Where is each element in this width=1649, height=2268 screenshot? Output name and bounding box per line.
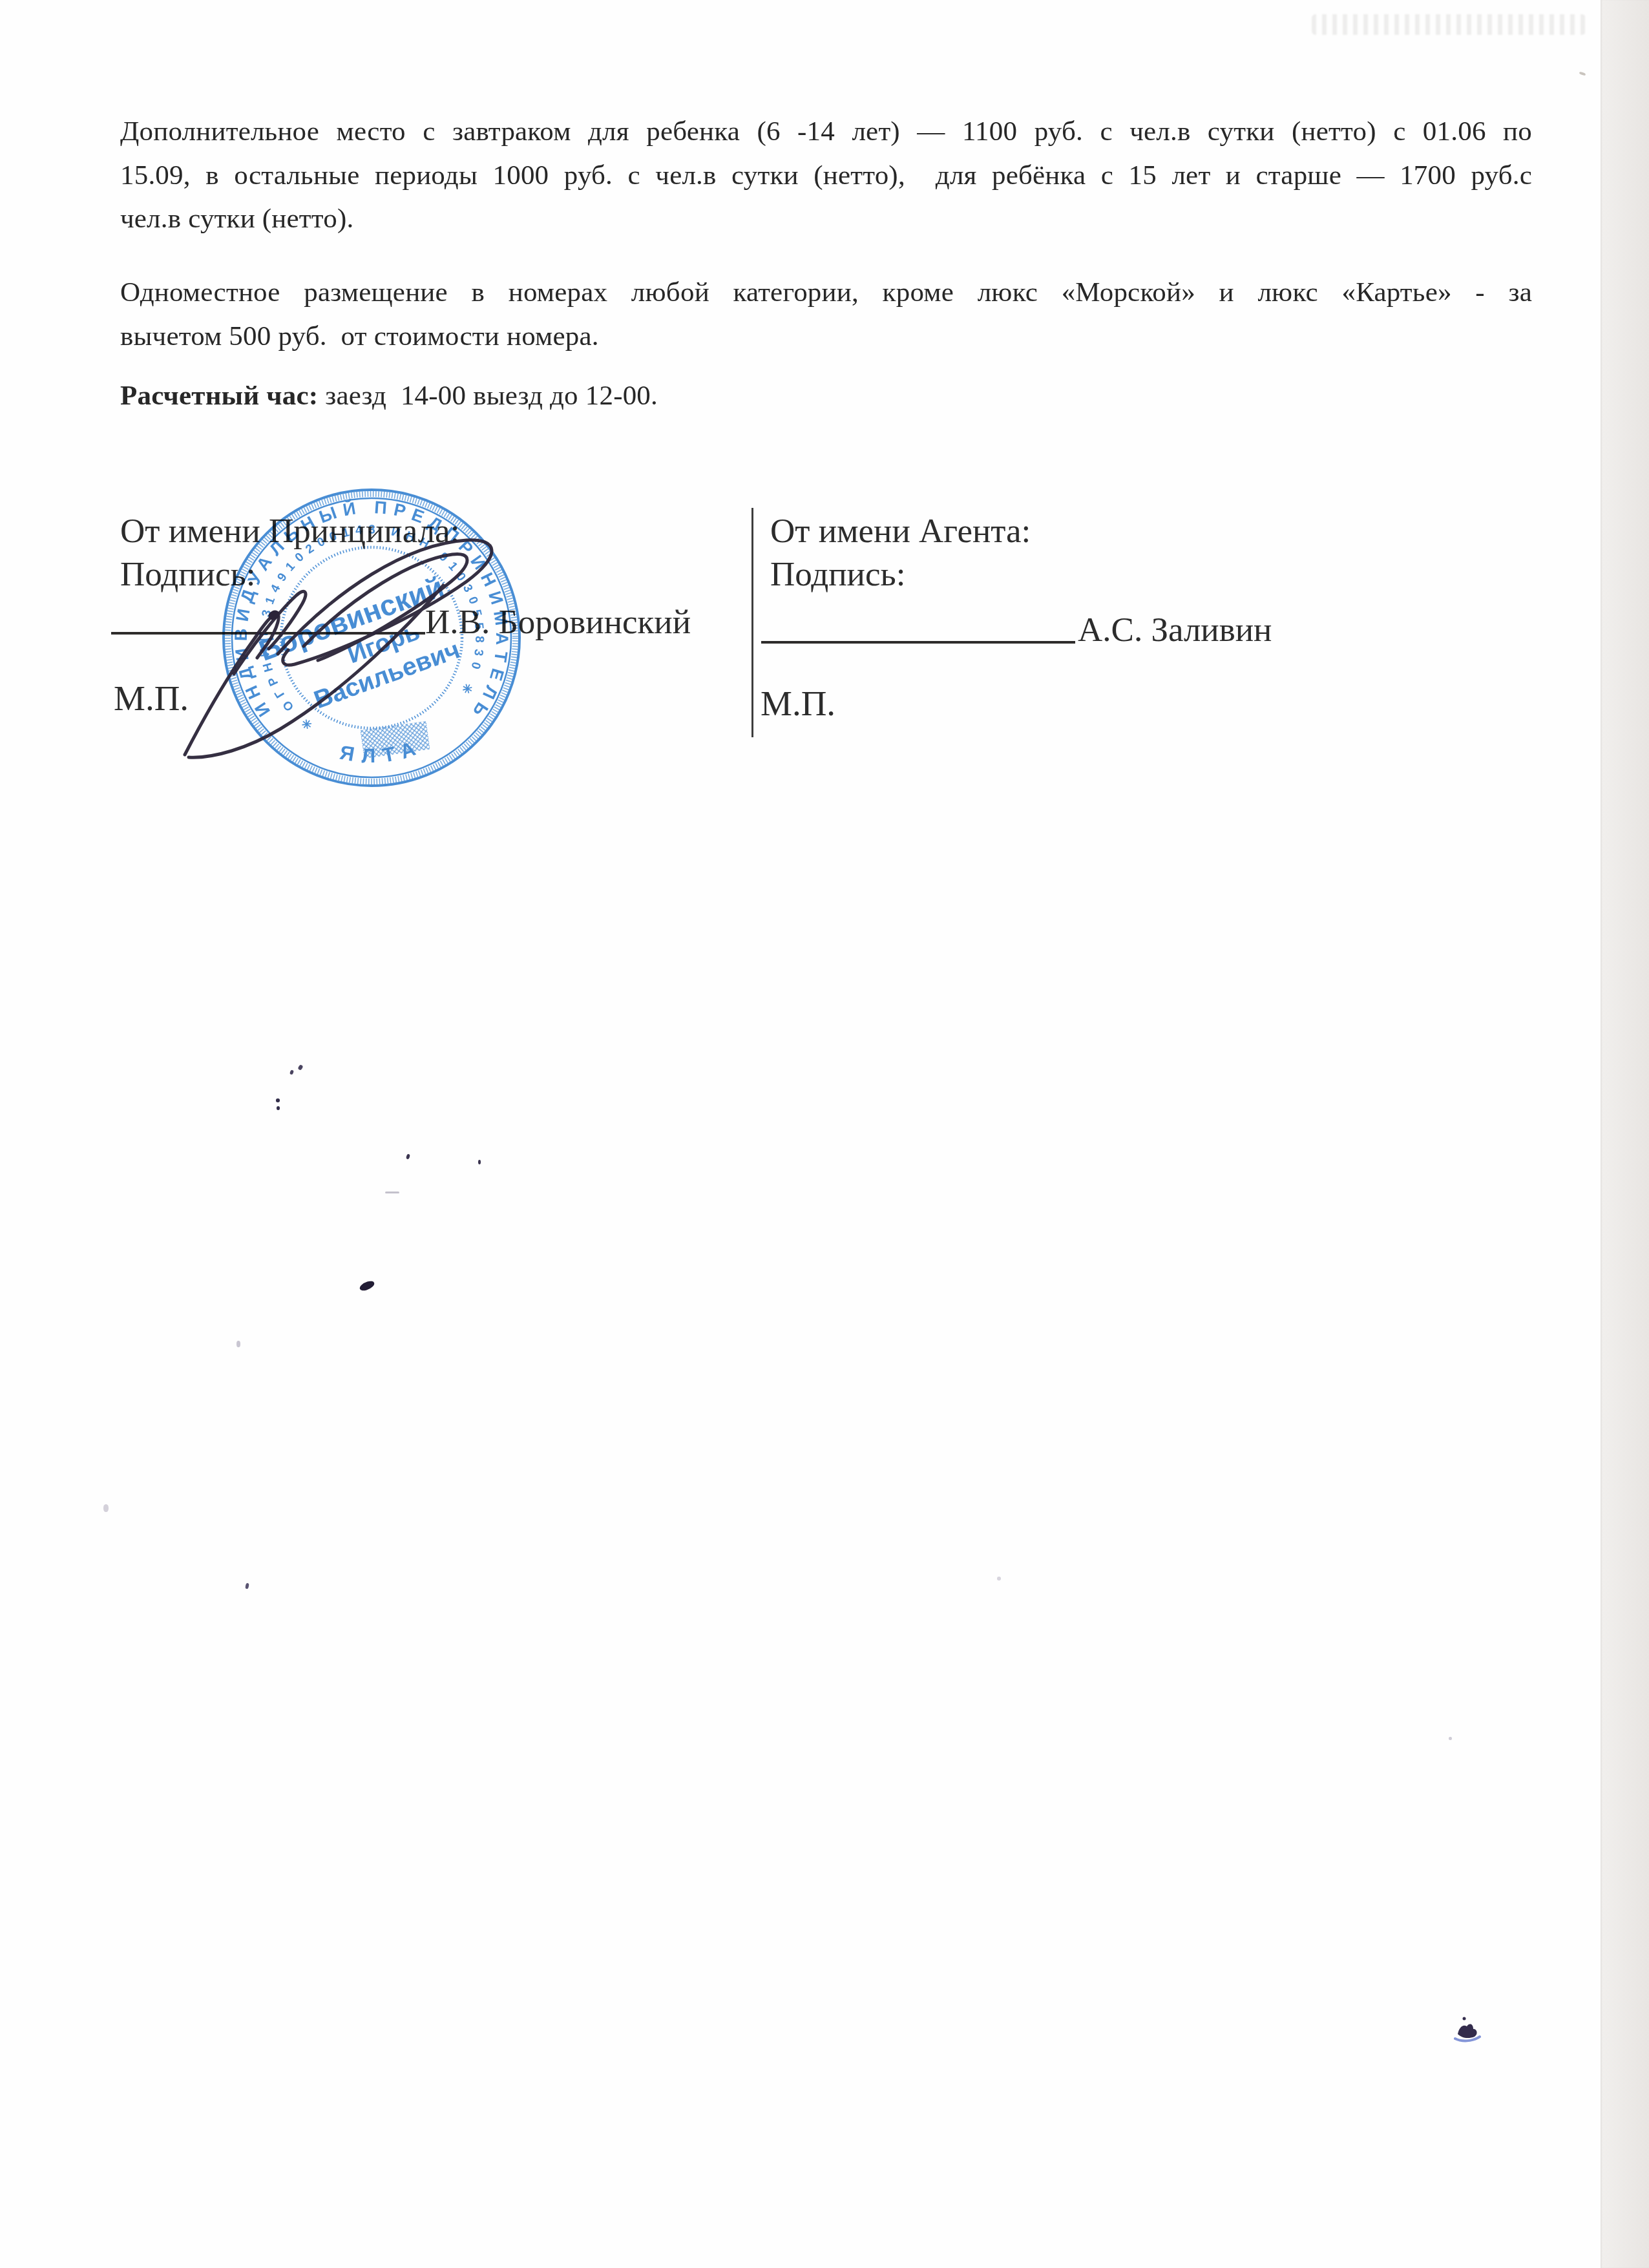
- scan-speck: [406, 1153, 410, 1159]
- paragraph-line: Дополнительное место с завтраком для реб…: [120, 110, 1532, 154]
- checkout-time-line: Расчетный час: заезд 14-00 выезд до 12-0…: [120, 374, 1532, 418]
- checkout-value: заезд 14-00 выезд до 12-00.: [318, 381, 658, 411]
- scanner-top-smudge: [1312, 14, 1586, 35]
- paragraph-single-occupancy: Одноместное размещение в номерах любой к…: [120, 271, 1532, 358]
- agent-block-heading: От имени Агента:Подпись:: [770, 510, 1031, 596]
- paragraph-line: вычетом 500 руб. от стоимости номера.: [120, 315, 1532, 359]
- scan-speck: [359, 1280, 376, 1292]
- signature-column-divider: [751, 508, 753, 737]
- scan-speck: [103, 1504, 109, 1512]
- round-stamp: ИНДИВИДУАЛЬНЫЙ ПРЕДПРИНИМАТЕЛЬ ЯЛТА ✳ ОГ…: [221, 485, 525, 793]
- scan-speck: [236, 1341, 240, 1347]
- paragraph-line: Одноместное размещение в номерах любой к…: [120, 271, 1532, 315]
- scan-speck: [478, 1160, 481, 1164]
- agent-heading: От имени Агента:: [770, 512, 1031, 550]
- scan-speck: [297, 1064, 303, 1071]
- agent-signature-label: Подпись:: [770, 556, 905, 593]
- paragraph-line: чел.в сутки (нетто).: [120, 197, 1532, 241]
- scan-speck: [276, 1098, 280, 1102]
- agent-seal-mark: М.П.: [761, 683, 835, 724]
- scan-speck: [1449, 1737, 1452, 1740]
- scan-speck: [289, 1069, 294, 1075]
- scanned-document-page: Дополнительное место с завтраком для реб…: [0, 0, 1649, 2268]
- checkout-label: Расчетный час:: [120, 381, 318, 411]
- scan-speck: [1579, 71, 1586, 76]
- scan-speck: [997, 1577, 1001, 1580]
- scanner-edge-shadow: [1601, 0, 1649, 2268]
- principal-seal-mark: М.П.: [114, 678, 189, 719]
- agent-signature-line: [761, 641, 1075, 644]
- ink-blot: [1455, 2017, 1480, 2041]
- scan-speck: [385, 1192, 399, 1193]
- paragraph-line: 15.09, в остальные периоды 1000 руб. с ч…: [120, 154, 1532, 198]
- paragraph-additional-bed: Дополнительное место с завтраком для реб…: [120, 110, 1532, 241]
- agent-name: А.С. Заливин: [1078, 611, 1272, 649]
- scan-speck: [245, 1583, 249, 1590]
- scan-speck: [277, 1106, 280, 1110]
